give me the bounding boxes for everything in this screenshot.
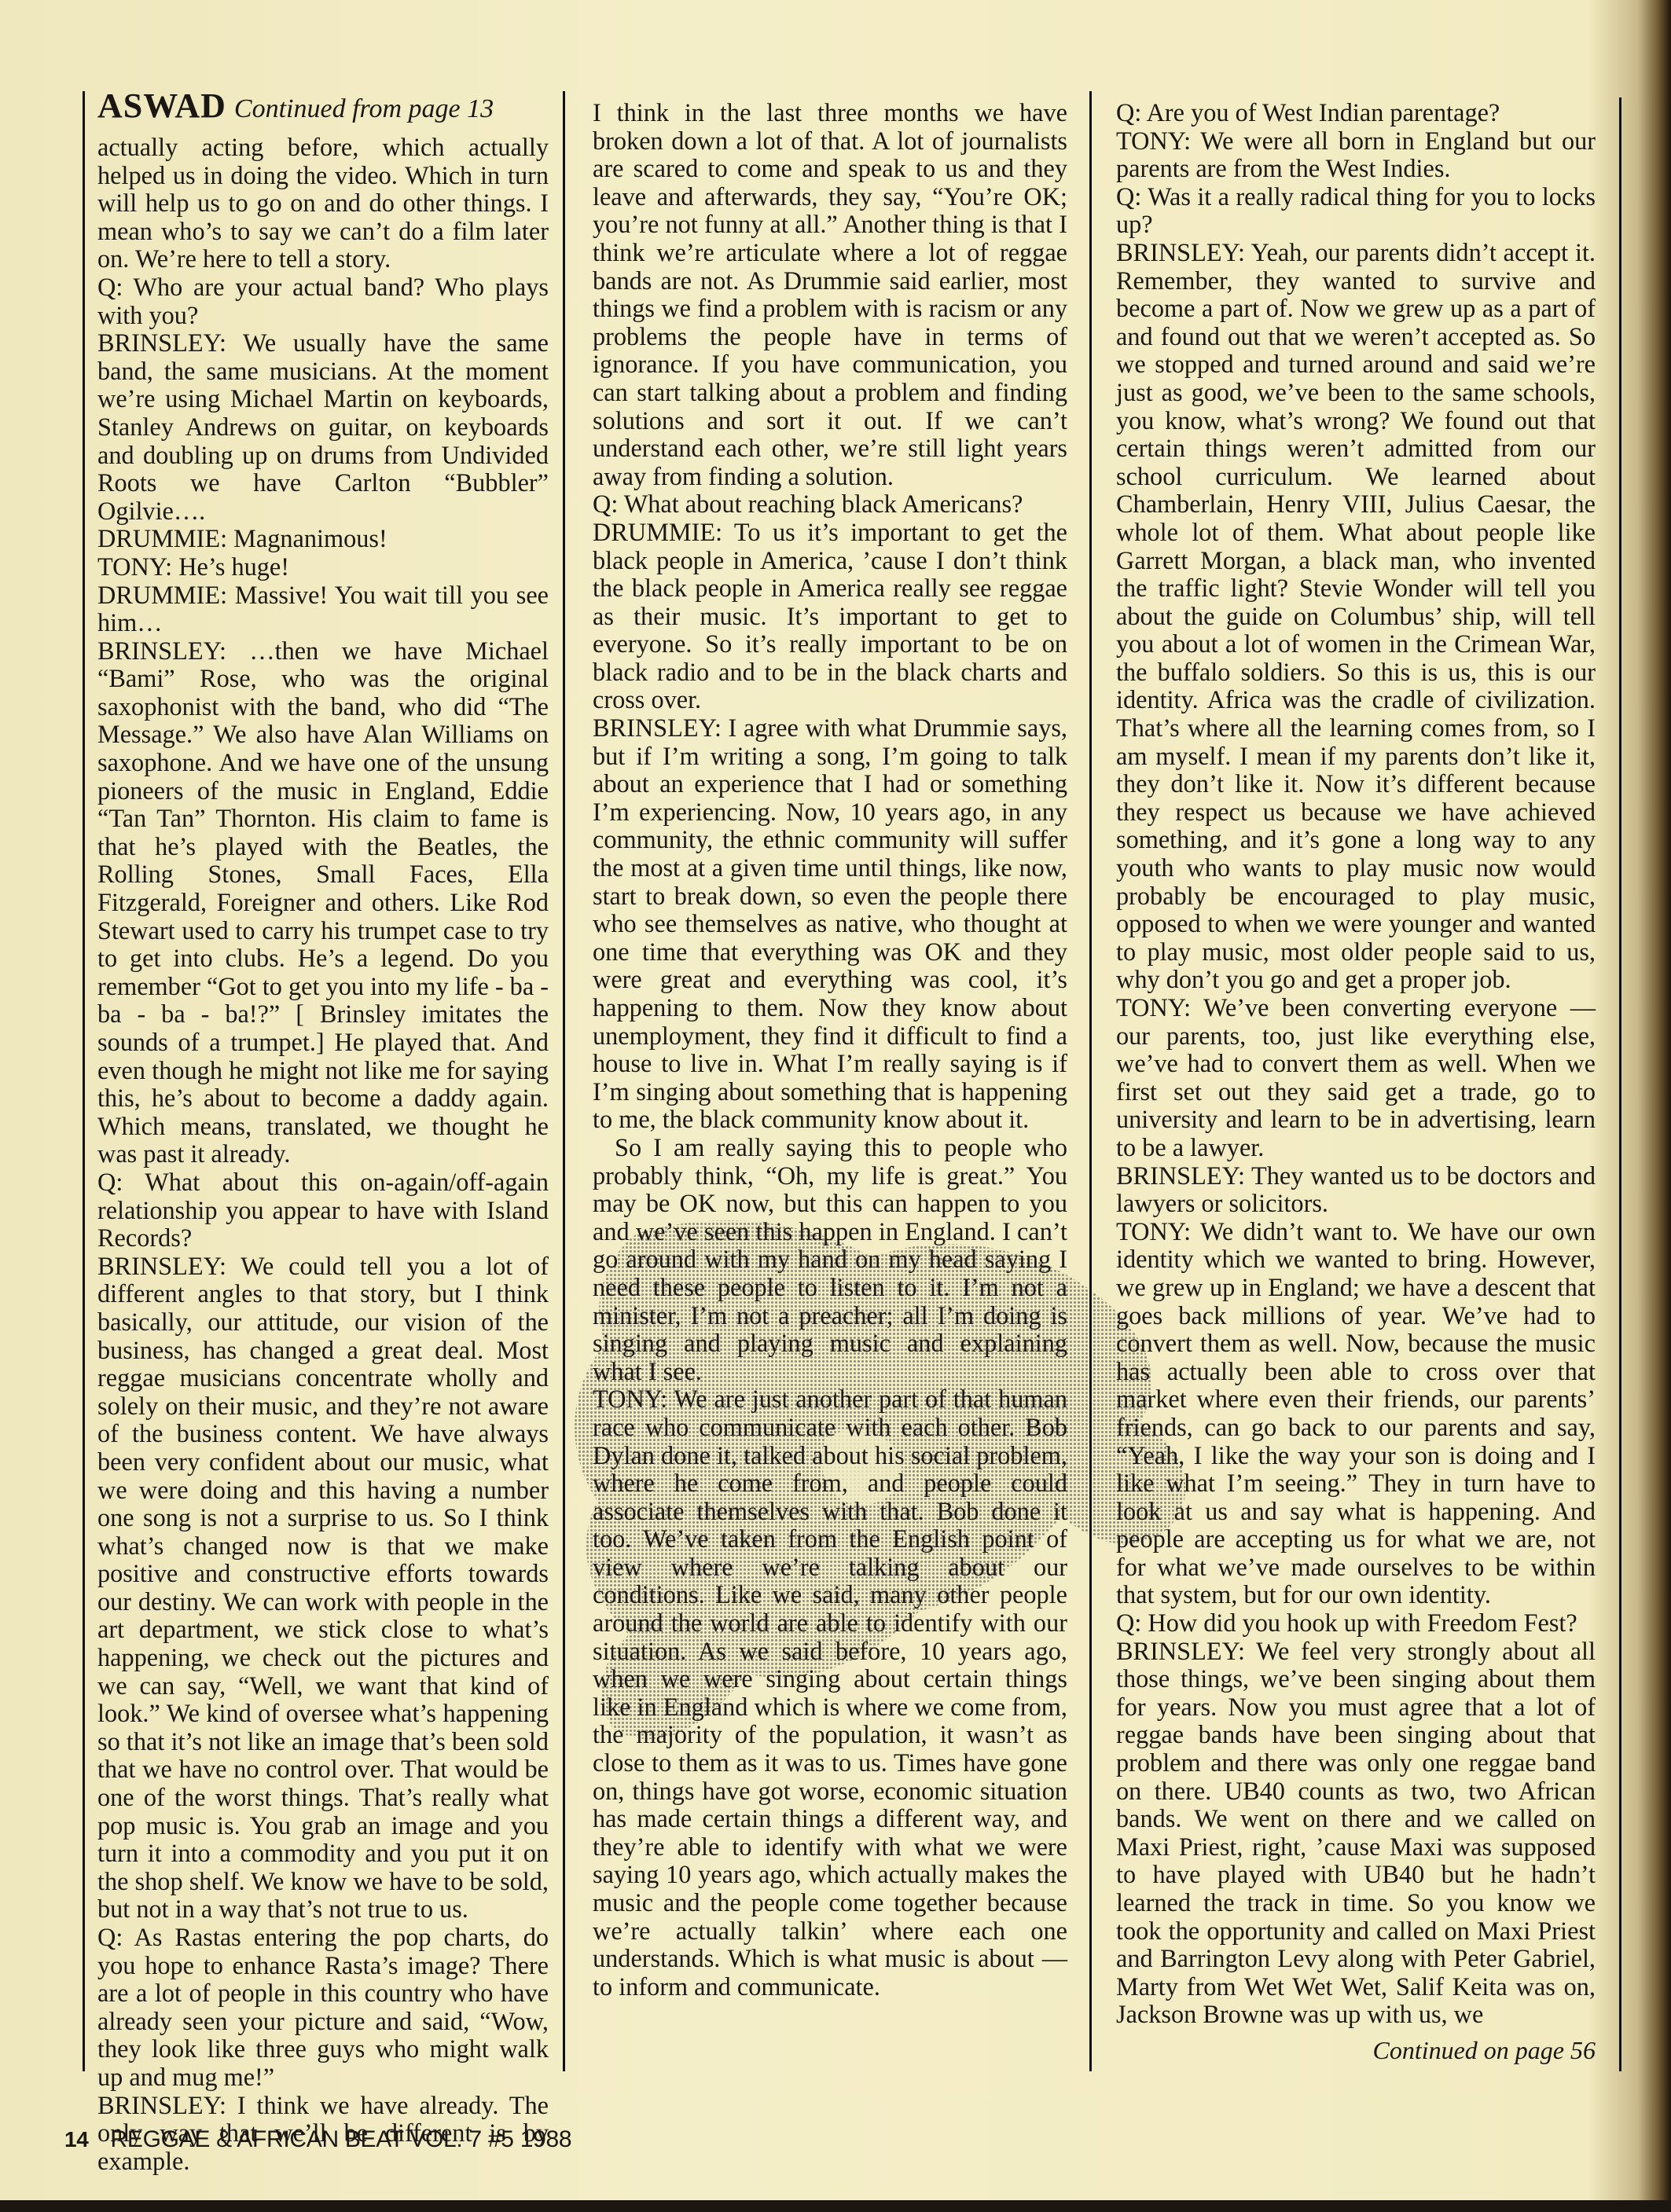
paragraph: I think in the last three months we have…: [593, 99, 1067, 490]
article-column-3: Q: Are you of West Indian parentage? TON…: [1116, 99, 1596, 2065]
paragraph: Q: As Rastas entering the pop charts, do…: [97, 1924, 549, 2092]
paragraph: Q: What about this on-again/off-again re…: [97, 1168, 549, 1253]
page-footer: 14REGGAE & AFRICAN BEAT VOL. 7 #5 1988: [64, 2126, 571, 2153]
publication-info: REGGAE & AFRICAN BEAT VOL. 7 #5 1988: [111, 2126, 572, 2152]
paragraph: TONY: We are just another part of that h…: [593, 1385, 1067, 2001]
scan-edge-shadow: [0, 2200, 1671, 2212]
paragraph: BRINSLEY: They wanted us to be doctors a…: [1116, 1162, 1596, 1218]
paragraph: Q: Was it a really radical thing for you…: [1116, 183, 1596, 239]
paragraph: BRINSLEY: …then we have Michael “Bami” R…: [97, 637, 549, 1168]
continued-from-label: Continued from page 13: [234, 94, 494, 123]
paragraph: Q: What about reaching black Americans?: [593, 490, 1067, 519]
paragraph: BRINSLEY: We usually have the same band,…: [97, 329, 549, 525]
article-column-1: ASWADContinued from page 13 actually act…: [97, 86, 549, 2175]
column-rule-right: [1619, 97, 1621, 2071]
paragraph: BRINSLEY: We feel very strongly about al…: [1116, 1638, 1596, 2029]
paragraph: So I am really saying this to people who…: [593, 1134, 1067, 1385]
paragraph: DRUMMIE: Massive! You wait till you see …: [97, 581, 549, 637]
paragraph: TONY: We’ve been converting everyone — o…: [1116, 994, 1596, 1162]
paragraph: Q: Who are your actual band? Who plays w…: [97, 273, 549, 329]
paragraph: DRUMMIE: Magnanimous!: [97, 525, 549, 553]
article-title: ASWAD: [97, 86, 226, 125]
column-rule-2: [1089, 91, 1092, 2071]
column-rule-left: [83, 91, 85, 2071]
paragraph: BRINSLEY: Yeah, our parents didn’t accep…: [1116, 239, 1596, 994]
paragraph: Q: How did you hook up with Freedom Fest…: [1116, 1609, 1596, 1638]
continued-on-label: Continued on page 56: [1116, 2037, 1596, 2065]
article-header: ASWADContinued from page 13: [97, 86, 549, 129]
paragraph: Q: Are you of West Indian parentage?: [1116, 99, 1596, 127]
paragraph: actually acting before, which actually h…: [97, 134, 549, 273]
article-column-2: I think in the last three months we have…: [593, 99, 1067, 2001]
paragraph: DRUMMIE: To us it’s important to get the…: [593, 519, 1067, 714]
paragraph: TONY: We were all born in England but ou…: [1116, 127, 1596, 183]
column-rule-1: [563, 91, 565, 2071]
page-number: 14: [64, 2127, 89, 2151]
paragraph: TONY: He’s huge!: [97, 553, 549, 581]
paragraph: BRINSLEY: I agree with what Drummie says…: [593, 714, 1067, 1134]
paragraph: BRINSLEY: We could tell you a lot of dif…: [97, 1253, 549, 1924]
paragraph: TONY: We didn’t want to. We have our own…: [1116, 1218, 1596, 1609]
